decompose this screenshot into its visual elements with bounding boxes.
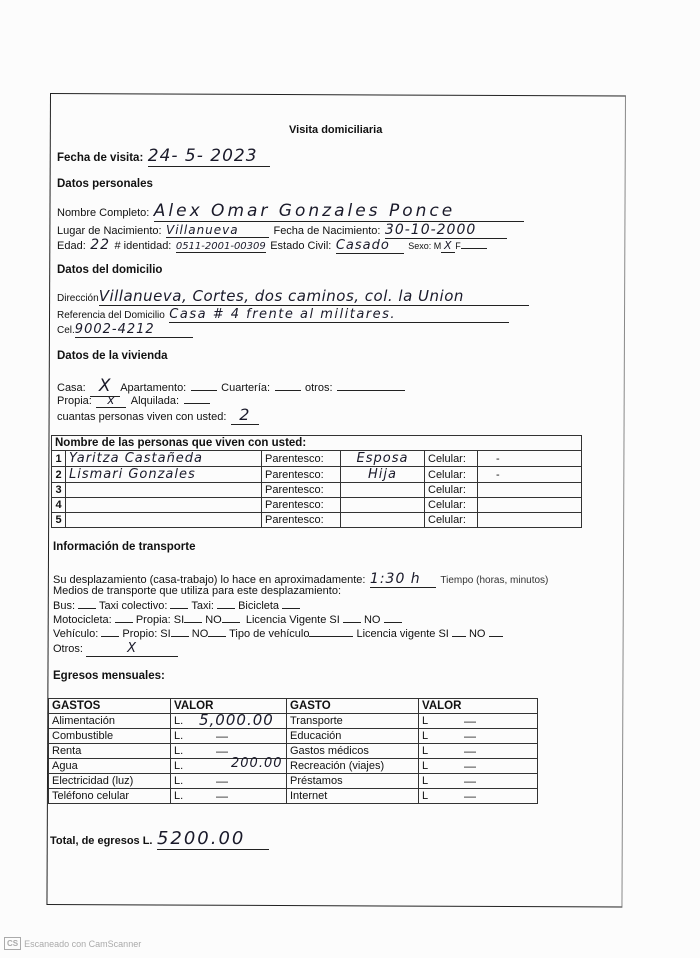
sex-m-value: X bbox=[441, 239, 455, 253]
motorcycle-license-no-label: NO bbox=[364, 614, 381, 626]
cellphone-label: Celular: bbox=[425, 483, 478, 498]
personal-data-heading: Datos personales bbox=[57, 178, 153, 190]
rented-value bbox=[184, 394, 210, 404]
full-name-label: Nombre Completo: bbox=[57, 207, 149, 219]
transport-heading: Información de transporte bbox=[53, 541, 196, 553]
sex-f-value bbox=[461, 239, 487, 249]
expense-name: Combustible bbox=[49, 729, 171, 744]
cellphone-value bbox=[478, 498, 582, 513]
address-row: DirecciónVillanueva, Cortes, dos caminos… bbox=[57, 287, 529, 306]
expense-value: — bbox=[216, 744, 228, 758]
vehicle-type-value bbox=[309, 627, 353, 637]
motorcycle-owned-no-label: NO bbox=[205, 614, 222, 626]
motorcycle-license-yes-value bbox=[343, 613, 361, 623]
household-members-table: Nombre de las personas que viven con ust… bbox=[51, 435, 582, 528]
member-name bbox=[66, 498, 262, 513]
bus-label: Bus: bbox=[53, 600, 75, 612]
currency-label: L. bbox=[174, 745, 183, 757]
currency-label: L. bbox=[174, 760, 183, 772]
expense-value: — bbox=[464, 774, 476, 788]
taxi-label: Taxi: bbox=[191, 600, 214, 612]
cellphone-label: Celular: bbox=[425, 513, 478, 528]
table-row: Electricidad (luz) L.— Préstamos L— bbox=[49, 774, 538, 789]
table-row: Alimentación L.5,000.00 Transporte L— bbox=[49, 714, 538, 729]
currency-label: L bbox=[422, 775, 428, 787]
scanned-page: Visita domiciliaria Fecha de visita: 24-… bbox=[0, 0, 700, 958]
expense-name: Educación bbox=[287, 729, 419, 744]
expense-value: — bbox=[216, 729, 228, 743]
relationship-label: Parentesco: bbox=[262, 498, 341, 513]
relationship-value bbox=[341, 483, 425, 498]
other-housing-label: otros: bbox=[305, 382, 333, 394]
relationship-value: Esposa bbox=[357, 451, 409, 466]
shared-taxi-value bbox=[170, 599, 188, 609]
currency-label: L bbox=[422, 790, 428, 802]
cellphone-label: Celular: bbox=[425, 467, 478, 483]
address-value: Villanueva, Cortes, dos caminos, col. la… bbox=[99, 287, 529, 306]
transport-options-row-3: Vehículo: Propio: SI NO Tipo de vehículo… bbox=[53, 627, 503, 640]
table-row: 2 Lismari Gonzales Parentesco: Hija Celu… bbox=[52, 467, 582, 483]
table-row: Combustible L.— Educación L— bbox=[49, 729, 538, 744]
sex-label: Sexo: M bbox=[408, 241, 441, 251]
table-row: Agua L.200.00 Recreación (viajes) L— bbox=[49, 759, 538, 774]
cellphone-value bbox=[478, 513, 582, 528]
total-expenses-value: 5200.00 bbox=[157, 828, 269, 850]
monthly-expenses-table: GASTOS VALOR GASTO VALOR Alimentación L.… bbox=[48, 698, 538, 804]
row-number: 5 bbox=[52, 513, 66, 528]
member-name: Lismari Gonzales bbox=[69, 467, 196, 482]
household-count-label: cuantas personas viven con usted: bbox=[57, 411, 226, 423]
expense-name: Transporte bbox=[287, 714, 419, 729]
taxi-value bbox=[217, 599, 235, 609]
currency-label: L. bbox=[174, 715, 183, 727]
motorcycle-owned-no-value bbox=[222, 613, 240, 623]
table-row: 4 Parentesco: Celular: bbox=[52, 498, 582, 513]
cellphone-value bbox=[478, 483, 582, 498]
vehicle-owned-no-value bbox=[208, 627, 226, 637]
vehicle-owned-yes-label: Propio: SI bbox=[122, 628, 170, 640]
vehicle-type-label: Tipo de vehículo bbox=[229, 628, 309, 640]
motorcycle-owned-yes-label: Propia: SI bbox=[136, 614, 184, 626]
relationship-label: Parentesco: bbox=[262, 451, 341, 467]
member-name bbox=[66, 513, 262, 528]
camscanner-logo-icon: CS bbox=[4, 937, 21, 950]
expense-name: Internet bbox=[287, 789, 419, 804]
expense-value: 5,000.00 bbox=[199, 711, 274, 729]
expense-value: — bbox=[464, 729, 476, 743]
expense-value: — bbox=[216, 774, 228, 788]
document-title: Visita domiciliaria bbox=[289, 124, 382, 136]
currency-label: L bbox=[422, 715, 428, 727]
cellphone-label: Celular: bbox=[425, 498, 478, 513]
civil-status-value: Casado bbox=[336, 238, 404, 254]
table-row: 5 Parentesco: Celular: bbox=[52, 513, 582, 528]
age-id-row: Edad: 22 # identidad: 0511-2001-00309 Es… bbox=[57, 236, 487, 254]
relationship-value bbox=[341, 498, 425, 513]
member-name bbox=[66, 483, 262, 498]
phone-value: 9002-4212 bbox=[75, 322, 193, 338]
other-housing-value bbox=[337, 381, 405, 391]
visit-date-value: 24- 5- 2023 bbox=[148, 146, 270, 167]
motorcycle-value bbox=[115, 613, 133, 623]
cellphone-label: Celular: bbox=[425, 451, 478, 467]
age-value: 22 bbox=[90, 237, 110, 253]
household-members-header: Nombre de las personas que viven con ust… bbox=[52, 436, 582, 451]
total-expenses-row: Total, de egresos L. 5200.00 bbox=[50, 828, 269, 850]
currency-label: L bbox=[422, 730, 428, 742]
table-row: 3 Parentesco: Celular: bbox=[52, 483, 582, 498]
col-header-expense: GASTOS bbox=[49, 699, 171, 714]
row-number: 4 bbox=[52, 498, 66, 513]
member-name: Yaritza Castañeda bbox=[69, 451, 203, 466]
expense-value: — bbox=[464, 744, 476, 758]
total-expenses-label: Total, de egresos L. bbox=[50, 835, 153, 847]
other-transport-row: Otros: X bbox=[53, 641, 178, 657]
expense-name: Renta bbox=[49, 744, 171, 759]
commute-time-value: 1:30 h bbox=[370, 571, 436, 588]
vehicle-value bbox=[101, 627, 119, 637]
vehicle-license-no-value bbox=[489, 627, 503, 637]
table-header-row: GASTOS VALOR GASTO VALOR bbox=[49, 699, 538, 714]
camscanner-watermark: CS Escaneado con CamScanner bbox=[4, 937, 141, 950]
transport-options-row-1: Bus: Taxi colectivo: Taxi: Bicicleta bbox=[53, 599, 300, 612]
expense-name: Agua bbox=[49, 759, 171, 774]
vehicle-license-no-label: NO bbox=[469, 628, 486, 640]
expense-name: Gastos médicos bbox=[287, 744, 419, 759]
household-count-value: 2 bbox=[231, 405, 259, 425]
visit-date-label: Fecha de visita: bbox=[57, 152, 143, 164]
expense-name: Recreación (viajes) bbox=[287, 759, 419, 774]
cellphone-value: - bbox=[478, 467, 582, 483]
table-row: Teléfono celular L.— Internet L— bbox=[49, 789, 538, 804]
civil-status-label: Estado Civil: bbox=[270, 240, 331, 252]
vehicle-license-yes-value bbox=[452, 627, 466, 637]
currency-label: L bbox=[422, 760, 428, 772]
cuarteria-label: Cuartería: bbox=[221, 382, 270, 394]
other-transport-label: Otros: bbox=[53, 643, 83, 655]
address-heading: Datos del domicilio bbox=[57, 264, 162, 276]
vehicle-license-yes-label: Licencia vigente SI bbox=[357, 628, 449, 640]
full-name-value: Alex Omar Gonzales Ponce bbox=[154, 201, 524, 222]
transport-options-row-2: Motocicleta: Propia: SI NO Licencia Vige… bbox=[53, 613, 402, 626]
other-transport-value: X bbox=[86, 641, 178, 657]
cuarteria-value bbox=[275, 381, 301, 391]
bicycle-value bbox=[282, 599, 300, 609]
visit-date-row: Fecha de visita: 24- 5- 2023 bbox=[57, 146, 270, 167]
currency-label: L. bbox=[174, 790, 183, 802]
motorcycle-license-no-value bbox=[384, 613, 402, 623]
shared-taxi-label: Taxi colectivo: bbox=[99, 600, 167, 612]
vehicle-owned-no-label: NO bbox=[192, 628, 209, 640]
expense-value: — bbox=[464, 759, 476, 773]
currency-label: L. bbox=[174, 775, 183, 787]
currency-label: L bbox=[422, 745, 428, 757]
household-count-row: cuantas personas viven con usted: 2 bbox=[57, 405, 259, 425]
row-number: 3 bbox=[52, 483, 66, 498]
currency-label: L. bbox=[174, 730, 183, 742]
vehicle-label: Vehículo: bbox=[53, 628, 98, 640]
vehicle-owned-yes-value bbox=[171, 627, 189, 637]
col-header-expense-2: GASTO bbox=[287, 699, 419, 714]
expense-value: 200.00 bbox=[231, 756, 283, 771]
row-number: 1 bbox=[52, 451, 66, 467]
motorcycle-owned-yes-value bbox=[184, 613, 202, 623]
expense-value: — bbox=[464, 789, 476, 803]
phone-row: Cel.9002-4212 bbox=[57, 320, 193, 338]
expense-value: — bbox=[464, 714, 476, 728]
expense-name: Préstamos bbox=[287, 774, 419, 789]
apartment-value bbox=[191, 381, 217, 391]
expense-value: — bbox=[216, 789, 228, 803]
time-unit-label: Tiempo (horas, minutos) bbox=[440, 575, 548, 586]
row-number: 2 bbox=[52, 467, 66, 483]
bus-value bbox=[78, 599, 96, 609]
relationship-label: Parentesco: bbox=[262, 467, 341, 483]
relationship-label: Parentesco: bbox=[262, 513, 341, 528]
housing-heading: Datos de la vivienda bbox=[57, 350, 168, 362]
address-reference-value: Casa # 4 frente al militares. bbox=[169, 307, 509, 323]
age-label: Edad: bbox=[57, 240, 86, 252]
motorcycle-license-yes-label: Licencia Vigente SI bbox=[246, 614, 340, 626]
relationship-value bbox=[341, 513, 425, 528]
expense-name: Electricidad (luz) bbox=[49, 774, 171, 789]
bicycle-label: Bicicleta bbox=[238, 600, 279, 612]
full-name-row: Nombre Completo: Alex Omar Gonzales Ponc… bbox=[57, 201, 524, 222]
table-row: Renta L.— Gastos médicos L— bbox=[49, 744, 538, 759]
cellphone-value: - bbox=[478, 451, 582, 467]
id-value: 0511-2001-00309 bbox=[176, 241, 266, 253]
expense-name: Alimentación bbox=[49, 714, 171, 729]
id-label: # identidad: bbox=[114, 240, 171, 252]
relationship-value: Hija bbox=[368, 467, 397, 482]
col-header-value-2: VALOR bbox=[419, 699, 538, 714]
motorcycle-label: Motocicleta: bbox=[53, 614, 112, 626]
watermark-text: Escaneado con CamScanner bbox=[24, 939, 141, 949]
monthly-expenses-heading: Egresos mensuales: bbox=[53, 670, 165, 682]
address-label: Dirección bbox=[57, 293, 99, 304]
expense-name: Teléfono celular bbox=[49, 789, 171, 804]
table-row: 1 Yaritza Castañeda Parentesco: Esposa C… bbox=[52, 451, 582, 467]
phone-label: Cel. bbox=[57, 325, 75, 336]
relationship-label: Parentesco: bbox=[262, 483, 341, 498]
transport-means-label: Medios de transporte que utiliza para es… bbox=[53, 585, 341, 597]
